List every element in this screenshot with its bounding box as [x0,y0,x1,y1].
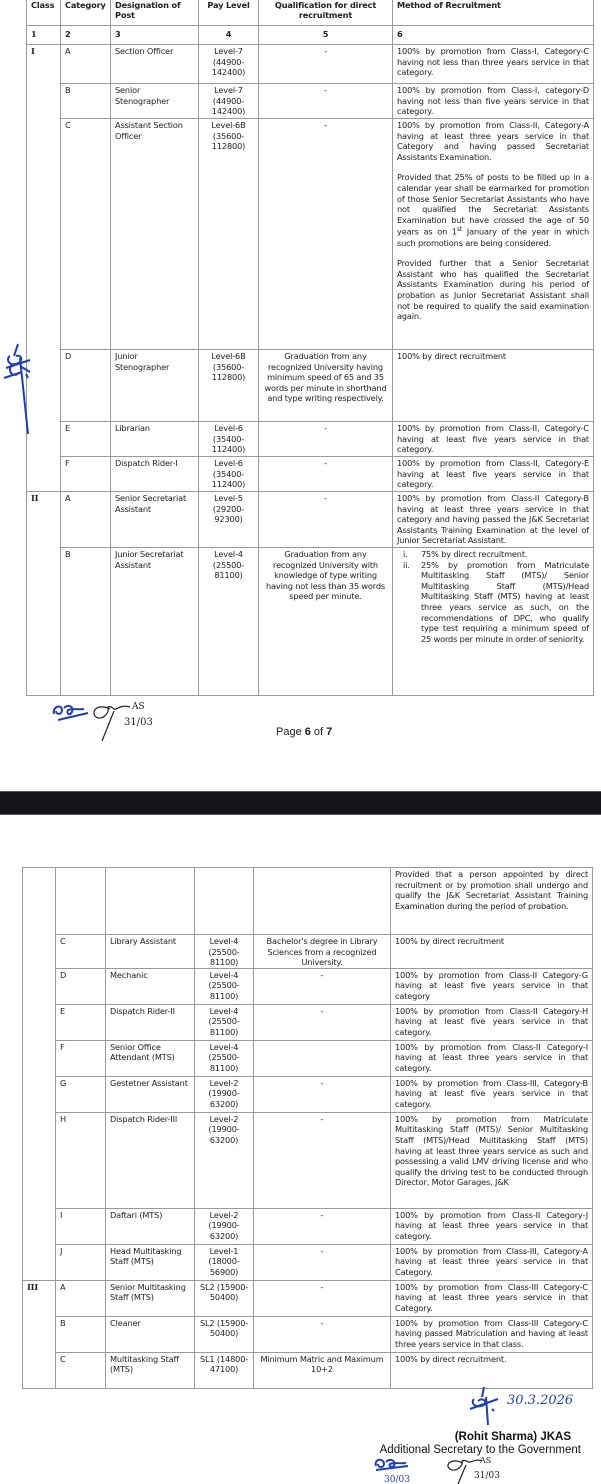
method-paragraph: 100% by promotion from Class-III Categor… [395,1318,588,1350]
table-row: HDispatch Rider-IIILevel-2 (19900-63200)… [23,1112,593,1208]
designation-cell: Dispatch Rider-I [111,457,199,492]
method-cell: 100% by promotion from Matriculate Multi… [391,1112,593,1208]
pay-level-cell: Level-6 (35400-112400) [199,457,259,492]
method-cell: 100% by promotion from Class-II Category… [391,1004,593,1040]
designation-cell: Senior Multitasking Staff (MTS) [106,1280,195,1316]
qualification-cell: - [254,1112,391,1208]
table-row: DJunior StenographerLevel-6B (35600-1128… [27,350,594,422]
svg-text:30/03: 30/03 [384,1475,410,1484]
method-cell: 100% by promotion from Class-II Category… [391,1208,593,1244]
pay-level-cell: Level-7 (44900-142400) [199,84,259,119]
qualification-cell: - [254,968,391,1004]
handwritten-signature-1: AS 31/03 [80,697,180,747]
header-category: Category [61,0,111,26]
method-paragraph: 100% by direct recruitment [397,351,589,362]
qualification-cell: - [254,1208,391,1244]
pay-level-cell: Level-4 (25500-81100) [199,548,259,696]
method-list: i.75% by direct recruitment.ii.25% by pr… [397,549,589,644]
table-row: FDispatch Rider-ILevel-6 (35400-112400)-… [27,457,594,492]
method-cell: 100% by promotion from Class-III Categor… [391,1280,593,1316]
qualification-cell: Graduation from any recognized Universit… [259,548,393,696]
method-paragraph: Provided further that a Senior Secretari… [397,258,589,322]
table-row: CMultitasking Staff (MTS)SL1 (14800-4710… [23,1352,593,1388]
method-cell: 100% by promotion from Class-I, category… [393,84,594,119]
column-number: 2 [61,26,111,45]
class-cell [27,457,61,492]
table-row: IIIASenior Multitasking Staff (MTS)SL2 (… [23,1280,593,1316]
class-cell [23,935,56,969]
method-cell: 100% by promotion from Class-II Category… [391,968,593,1004]
pay-level-cell: Level-4 (25500-81100) [195,935,254,969]
page-divider-band [0,791,601,815]
method-cell: 100% by promotion from Class-II, Categor… [393,422,594,457]
designation-cell: Library Assistant [106,935,195,969]
header-designation: Designation of Post [111,0,199,26]
table-row: ELibrarianLevel-6 (35400-112400)-100% by… [27,422,594,457]
designation-cell: Senior Office Attendant (MTS) [106,1040,195,1076]
handwritten-signature-2: AS 31/03 [440,1453,520,1484]
pay-level-cell: Level-4 (25500-81100) [195,968,254,1004]
pay-level-cell: Level-1 (18000-56900) [195,1244,254,1280]
designation-cell: Section Officer [111,45,199,84]
class-cell [23,1352,56,1388]
svg-text:31/03: 31/03 [474,1471,500,1481]
method-paragraph: 100% by promotion from Class-II Category… [395,970,588,1002]
category-cell: C [56,1352,106,1388]
qualification-cell: - [259,422,393,457]
category-cell: B [61,548,111,696]
column-number: 4 [199,26,259,45]
qualification-cell: - [259,45,393,84]
margin-signature [2,338,42,438]
signatory-signature [464,1385,514,1425]
designation-cell: Multitasking Staff (MTS) [106,1352,195,1388]
table-row: GGestetner AssistantLevel-2 (19900-63200… [23,1076,593,1112]
list-marker: i. [397,549,421,560]
column-number: 1 [27,26,61,45]
category-cell: B [61,84,111,119]
table-row: JHead Multitasking Staff (MTS)Level-1 (1… [23,1244,593,1280]
document-page-7: Provided that a person appointed by dire… [0,815,601,1484]
class-cell: III [23,1280,56,1316]
method-paragraph: 100% by promotion from Class-I, Category… [397,46,589,78]
method-cell: 100% by promotion from Class-III, Catego… [391,1076,593,1112]
category-cell: H [56,1112,106,1208]
table-row: BSenior StenographerLevel-7 (44900-14240… [27,84,594,119]
total-pages: 7 [326,726,332,738]
category-cell: D [56,968,106,1004]
class-cell [23,1244,56,1280]
category-cell: E [56,1004,106,1040]
method-paragraph: 100% by promotion from Class-III Categor… [395,1282,588,1314]
pay-level-cell: SL1 (14800-47100) [195,1352,254,1388]
designation-cell: Dispatch Rider-II [106,1004,195,1040]
table-row: CAssistant Section OfficerLevel-6B (3560… [27,119,594,350]
column-number: 5 [259,26,393,45]
method-list-item: ii.25% by promotion from Matriculate Mul… [397,560,589,645]
signatory-date: 30.3.2026 [507,1393,573,1408]
designation-cell: Dispatch Rider-III [106,1112,195,1208]
document-page-6: Class Category Designation of Post Pay L… [0,0,601,791]
table-row: IIASenior Secretariat AssistantLevel-5 (… [27,492,594,548]
method-paragraph: 100% by promotion from Class-II, Categor… [397,423,589,455]
category-cell: C [56,935,106,969]
header-class: Class [27,0,61,26]
method-paragraph: Provided that 25% of posts to be filled … [397,172,589,248]
category-cell: F [56,1040,106,1076]
qualification-cell: Graduation from any recognized Universit… [259,350,393,422]
qualification-cell: - [254,1244,391,1280]
category-cell: E [61,422,111,457]
table-row: IASection OfficerLevel-7 (44900-142400)-… [27,45,594,84]
qualification-cell: - [254,1280,391,1316]
class-cell [23,1316,56,1352]
class-cell [23,1112,56,1208]
pay-level-cell: SL2 (15900-50400) [195,1316,254,1352]
method-paragraph: 100% by promotion from Class-I, category… [397,85,589,117]
pay-level-cell: Level-2 (19900-63200) [195,1076,254,1112]
class-cell [27,119,61,350]
list-text: 25% by promotion from Matriculate Multit… [421,560,589,645]
pay-level-cell: Level-4 (25500-81100) [195,1040,254,1076]
qualification-cell: - [254,1076,391,1112]
method-paragraph: 100% by direct recruitment. [395,1354,588,1365]
header-qualification: Qualification for direct recruitment [259,0,393,26]
table-row: IDaftari (MTS)Level-2 (19900-63200)-100%… [23,1208,593,1244]
class-cell: II [27,492,61,548]
column-number: 3 [111,26,199,45]
designation-cell: Daftari (MTS) [106,1208,195,1244]
method-paragraph: 100% by promotion from Class-III, Catego… [395,1246,588,1278]
method-cell: 100% by promotion from Class-I, Category… [393,45,594,84]
category-cell: I [56,1208,106,1244]
class-cell [27,548,61,696]
category-cell: D [61,350,111,422]
category-cell: B [56,1316,106,1352]
method-cell: 100% by promotion from Class-II, Categor… [393,457,594,492]
recruitment-table-page-7: Provided that a person appointed by dire… [22,867,593,1389]
table-row: DMechanicLevel-4 (25500-81100)-100% by p… [23,968,593,1004]
category-cell: C [61,119,111,350]
designation-cell: Head Multitasking Staff (MTS) [106,1244,195,1280]
category-cell: A [56,1280,106,1316]
method-paragraph: 100% by promotion from Class-II, Categor… [397,458,589,490]
method-cell: 100% by promotion from Class-III Categor… [391,1316,593,1352]
class-cell [23,1004,56,1040]
category-cell: A [61,492,111,548]
qualification-cell: Bachelor's degree in Library Sciences fr… [254,935,391,969]
method-cell: 100% by direct recruitment. [391,1352,593,1388]
designation-cell: Librarian [111,422,199,457]
column-number-row: 1 2 3 4 5 6 [27,26,594,45]
pay-level-cell: Level-2 (19900-63200) [195,1208,254,1244]
designation-cell: Junior Secretariat Assistant [111,548,199,696]
designation-cell: Gestetner Assistant [106,1076,195,1112]
qualification-cell: - [259,457,393,492]
page-prefix: Page [276,726,305,738]
qualification-cell [254,1040,391,1076]
class-cell [23,1208,56,1244]
pay-level-cell: Level-4 (25500-81100) [195,1004,254,1040]
qualification-cell: - [254,1316,391,1352]
method-paragraph: 100% by promotion from Class-II Category… [395,1210,588,1242]
table-row: CLibrary AssistantLevel-4 (25500-81100)B… [23,935,593,969]
method-paragraph: 100% by promotion from Class-II, Categor… [397,120,589,162]
category-cell: F [61,457,111,492]
class-cell [23,1040,56,1076]
method-paragraph: 100% by direct recruitment [395,936,588,947]
pay-level-cell: Level-5 (29200-92300) [199,492,259,548]
method-paragraph: 100% by promotion from Class-II Category… [395,1042,588,1074]
qualification-cell: - [254,1004,391,1040]
class-cell: I [27,45,61,84]
list-marker: ii. [397,560,421,645]
method-paragraph: 100% by promotion from Matriculate Multi… [395,1114,588,1188]
method-cell: i.75% by direct recruitment.ii.25% by pr… [393,548,594,696]
list-text: 75% by direct recruitment. [421,549,589,560]
pay-level-cell: Level-7 (44900-142400) [199,45,259,84]
method-continuation: Provided that a person appointed by dire… [391,868,593,935]
class-cell [23,968,56,1004]
designation-cell: Cleaner [106,1316,195,1352]
method-paragraph: 100% by promotion from Class-II Category… [395,1006,588,1038]
designation-cell: Junior Stenographer [111,350,199,422]
table-header-row: Class Category Designation of Post Pay L… [27,0,594,26]
qualification-cell: - [259,84,393,119]
method-cell: 100% by direct recruitment [391,935,593,969]
header-method: Method of Recruitment [393,0,594,26]
pay-level-cell: Level-2 (19900-63200) [195,1112,254,1208]
pay-level-cell: Level-6 (35400-112400) [199,422,259,457]
pay-level-cell: Level-6B (35600-112800) [199,119,259,350]
page-number: Page 6 of 7 [276,726,332,738]
page-of: of [311,726,326,738]
class-cell [27,84,61,119]
header-pay-level: Pay Level [199,0,259,26]
qualification-cell: - [259,119,393,350]
pay-level-cell: Level-6B (35600-112800) [199,350,259,422]
qualification-cell: - [259,492,393,548]
category-cell: G [56,1076,106,1112]
method-cell: 100% by promotion from Class-II, Categor… [393,119,594,350]
table-row: EDispatch Rider-IILevel-4 (25500-81100)-… [23,1004,593,1040]
continuation-row: Provided that a person appointed by dire… [23,868,593,935]
qualification-cell: Minimum Matric and Maximum 10+2 [254,1352,391,1388]
method-cell: 100% by direct recruitment [393,350,594,422]
method-paragraph: 100% by promotion from Class-II Category… [397,493,589,546]
pay-level-cell: SL2 (15900-50400) [195,1280,254,1316]
designation-cell: Mechanic [106,968,195,1004]
svg-text:AS: AS [479,1456,491,1465]
method-cell: 100% by promotion from Class-III, Catego… [391,1244,593,1280]
designation-cell: Senior Secretariat Assistant [111,492,199,548]
signatory-name: (Rohit Sharma) JKAS [380,1431,571,1443]
designation-cell: Senior Stenographer [111,84,199,119]
column-number: 6 [393,26,594,45]
category-cell: J [56,1244,106,1280]
table-row: BJunior Secretariat AssistantLevel-4 (25… [27,548,594,696]
method-cell: 100% by promotion from Class-II Category… [391,1040,593,1076]
table-row: BCleanerSL2 (15900-50400)-100% by promot… [23,1316,593,1352]
designation-cell: Assistant Section Officer [111,119,199,350]
class-cell [23,1076,56,1112]
method-paragraph: 100% by promotion from Class-III, Catego… [395,1078,588,1110]
initials-signature-2: 30/03 [372,1456,432,1484]
svg-text:AS: AS [131,702,145,712]
table-row: FSenior Office Attendant (MTS)Level-4 (2… [23,1040,593,1076]
recruitment-table-page-6: Class Category Designation of Post Pay L… [26,0,594,696]
method-cell: 100% by promotion from Class-II Category… [393,492,594,548]
svg-text:31/03: 31/03 [124,717,153,728]
ordinal-suffix: st [457,226,462,233]
category-cell: A [61,45,111,84]
method-list-item: i.75% by direct recruitment. [397,549,589,560]
